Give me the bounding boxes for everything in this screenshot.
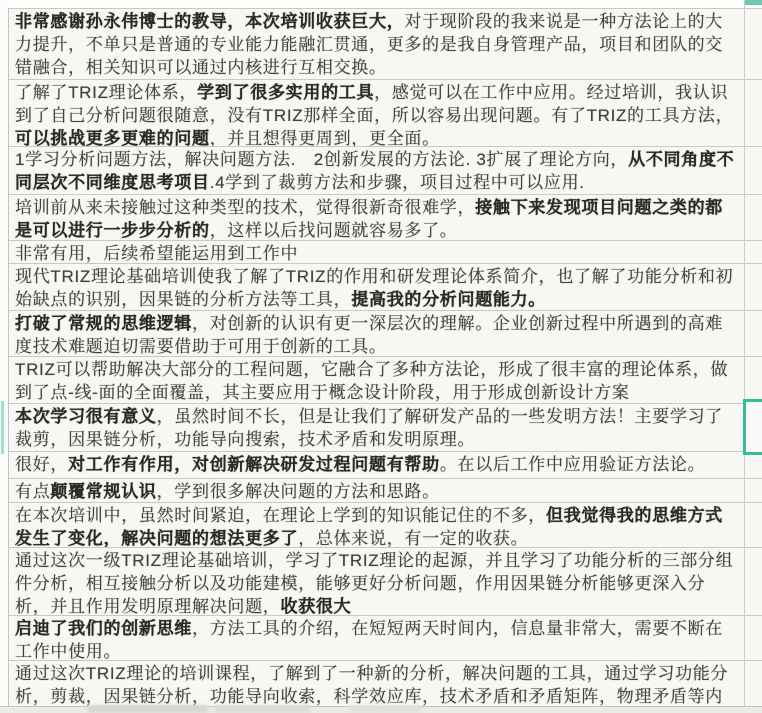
feedback-text-segment: 学到了很多实用的工具 [197, 83, 374, 102]
feedback-text-segment: 本次学习很有意义 [15, 407, 157, 426]
feedback-text-segment: ，这样以后找问题就容易多了。 [210, 221, 458, 240]
feedback-text-segment: 培训前从来未接触过这种类型的技术，觉得很新奇很难学， [15, 198, 475, 217]
feedback-row[interactable]: 了解了TRIZ理论体系，学到了很多实用的工具，感觉可以在工作中应用。经过培训，我… [9, 80, 762, 147]
feedback-text-segment: 在本次培训中，虽然时间紧迫，在理论上学到的知识能记住的不多， [15, 506, 546, 525]
spreadsheet-photo: 非常感谢孙永伟博士的教导，本次培训收获巨大，对于现阶段的我来说是一种方法论上的大… [0, 0, 762, 713]
feedback-text-segment: 非常感谢孙永伟博士的教导，本次培训收获巨大， [15, 12, 404, 31]
feedback-row[interactable]: 非常有用，后续希望能运用到工作中 [9, 241, 762, 264]
feedback-text-segment: 通过这次一级TRIZ理论基础培训，学习了TRIZ理论的起源，并且学习了功能分析的… [15, 551, 733, 616]
feedback-row[interactable]: 很好，对工作有作用，对创新解决研发过程问题有帮助。在以后工作中应用验证方法论。 [9, 452, 762, 479]
feedback-row[interactable]: 在本次培训中，虽然时间紧迫，在理论上学到的知识能记住的不多，但我觉得我的思维方式… [9, 503, 762, 548]
feedback-row[interactable]: 非常感谢孙永伟博士的教导，本次培训收获巨大，对于现阶段的我来说是一种方法论上的大… [9, 9, 762, 80]
feedback-text-segment: ，总体来说，有一定的收获。 [298, 529, 528, 548]
column-border [744, 0, 745, 713]
feedback-text-segment: ，学到很多解决问题的方法和思路。 [157, 482, 440, 501]
feedback-rows: 非常感谢孙永伟博士的教导，本次培训收获巨大，对于现阶段的我来说是一种方法论上的大… [8, 8, 762, 713]
feedback-row[interactable]: 本次学习很有意义，虽然时间不长，但是让我们了解研发产品的一些发明方法！主要学习了… [9, 404, 762, 452]
feedback-text-segment: 非常有用，后续希望能运用到工作中 [15, 244, 298, 263]
feedback-row[interactable]: 打破了常规的思维逻辑，对创新的认识有更一深层次的理解。企业创新过程中所遇到的高难… [9, 311, 762, 357]
feedback-text-segment: 颠覆常规认识 [50, 482, 156, 501]
feedback-text-segment: 。在以后工作中应用验证方法论。 [440, 455, 706, 474]
feedback-row[interactable]: 培训前从来未接触过这种类型的技术，觉得很新奇很难学，接触下来发现项目问题之类的都… [9, 195, 762, 241]
feedback-text-segment: 1学习分析问题方法，解决问题方法. 2创新发展的方法论. 3扩展了理论方向， [15, 150, 628, 169]
feedback-text-segment: 启迪了我们的创新思维 [15, 619, 192, 638]
bottom-blur-artifact [88, 705, 208, 713]
feedback-row[interactable]: TRIZ可以帮助解决大部分的工程问题，它融合了多种方法论，形成了很丰富的理论体系… [9, 357, 762, 404]
selected-row-left-accent [1, 401, 4, 454]
feedback-row[interactable]: 有点颠覆常规认识，学到很多解决问题的方法和思路。 [9, 479, 762, 503]
feedback-text-segment: 打破了常规的思维逻辑 [15, 314, 192, 333]
feedback-text-segment: ，并且想得更周到，更全面。 [210, 129, 440, 147]
feedback-row[interactable]: 现代TRIZ理论基础培训使我了解了TRIZ的作用和研发理论体系简介，也了解了功能… [9, 264, 762, 311]
feedback-text-segment: 有点 [15, 482, 50, 501]
bottom-blur-artifact [350, 705, 420, 713]
feedback-row[interactable]: 启迪了我们的创新思维，方法工具的介绍，在短短两天时间内，信息量非常大，需要不断在… [9, 616, 762, 661]
corner-cell-accent [745, 0, 762, 5]
selected-cell-outline[interactable] [743, 399, 762, 455]
feedback-text-segment: 很好， [15, 455, 68, 474]
feedback-text-segment: .4学到了裁剪方法和步骤，项目过程中可以应用. [210, 173, 585, 192]
feedback-text-segment: TRIZ可以帮助解决大部分的工程问题，它融合了多种方法论，形成了很丰富的理论体系… [15, 360, 728, 402]
feedback-text-segment: 了解了TRIZ理论体系， [15, 83, 197, 102]
left-gutter [0, 0, 8, 713]
feedback-text-segment: 通过这次TRIZ理论的培训课程，了解到了一种新的分析，解决问题的工具，通过学习功… [15, 664, 728, 706]
bottom-blur-artifact [215, 705, 310, 713]
feedback-text-segment: 对工作有作用，对创新解决研发过程问题有帮助 [68, 455, 440, 474]
feedback-text-segment: 收获很大 [281, 597, 352, 616]
feedback-row[interactable]: 1学习分析问题方法，解决问题方法. 2创新发展的方法论. 3扩展了理论方向，从不… [9, 147, 762, 195]
feedback-text-segment: 提高我的分析问题能力。 [351, 290, 546, 309]
feedback-text-segment: 可以挑战更多更难的问题 [15, 129, 210, 147]
feedback-row[interactable]: 通过这次一级TRIZ理论基础培训，学习了TRIZ理论的起源，并且学习了功能分析的… [9, 548, 762, 616]
